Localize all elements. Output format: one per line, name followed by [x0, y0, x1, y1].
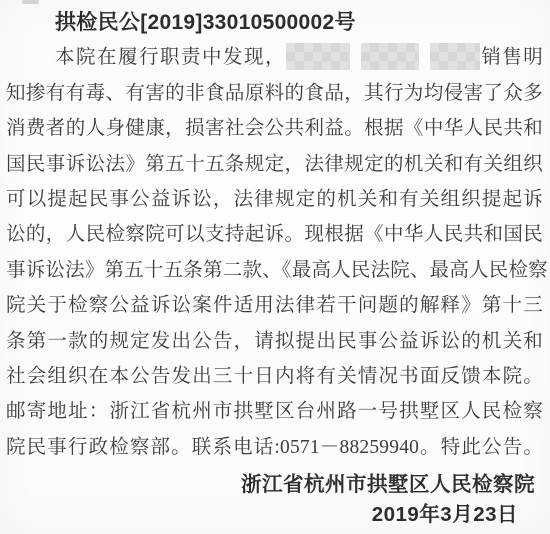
notice-document: 拱检民公[2019]33010500002号 本院在履行职责中发现，销售明 知掺…	[0, 0, 550, 534]
signature-organization: 浙江省杭州市拱墅区人民检察院	[6, 465, 543, 499]
opening-line: 本院在履行职责中发现，销售明	[6, 40, 543, 75]
opening-prefix-text: 本院在履行职责中发现，	[55, 47, 286, 68]
body-line: 社会组织在本公告发出三十日内将有关情况书面反馈本院。	[6, 359, 543, 394]
body-line: 邮寄地址：浙江省杭州市拱墅区台州路一号拱墅区人民检察	[6, 394, 543, 429]
body-line: 消费者的人身健康，损害社会公共利益。根据《中华人民共和	[6, 111, 543, 146]
redacted-region	[286, 43, 480, 70]
body-line: 可以提起民事公益诉讼，法律规定的机关和有关组织提起诉	[6, 182, 543, 217]
body-line: 条第一款的规定发出公告，请拟提出民事公益诉讼的机关和	[6, 324, 543, 359]
signature-date: 2019年3月23日	[6, 499, 543, 533]
opening-suffix-text: 销售明	[480, 47, 543, 68]
redaction-block	[430, 43, 480, 70]
body-line: 知掺有有毒、有害的非食品原料的食品，其行为均侵害了众多	[6, 76, 543, 111]
document-number: 拱检民公[2019]33010500002号	[6, 5, 543, 40]
body-line: 国民事诉讼法》第五十五条规定，法律规定的机关和有关组织	[6, 147, 543, 182]
body-line: 院民事行政检察部。联系电话:0571－88259940。特此公告。	[6, 430, 543, 465]
redaction-block	[286, 43, 350, 70]
body-line: 院关于检察公益诉讼案件适用法律若干问题的解释》第十三	[6, 288, 543, 323]
body-line: 事诉讼法》第五十五条第二款、《最高人民法院、最高人民检察	[6, 253, 543, 288]
redaction-block	[361, 43, 419, 70]
body-line: 讼的，人民检察院可以支持起诉。现根据《中华人民共和国民	[6, 217, 543, 252]
scan-artifact-smudge	[22, 0, 39, 4]
